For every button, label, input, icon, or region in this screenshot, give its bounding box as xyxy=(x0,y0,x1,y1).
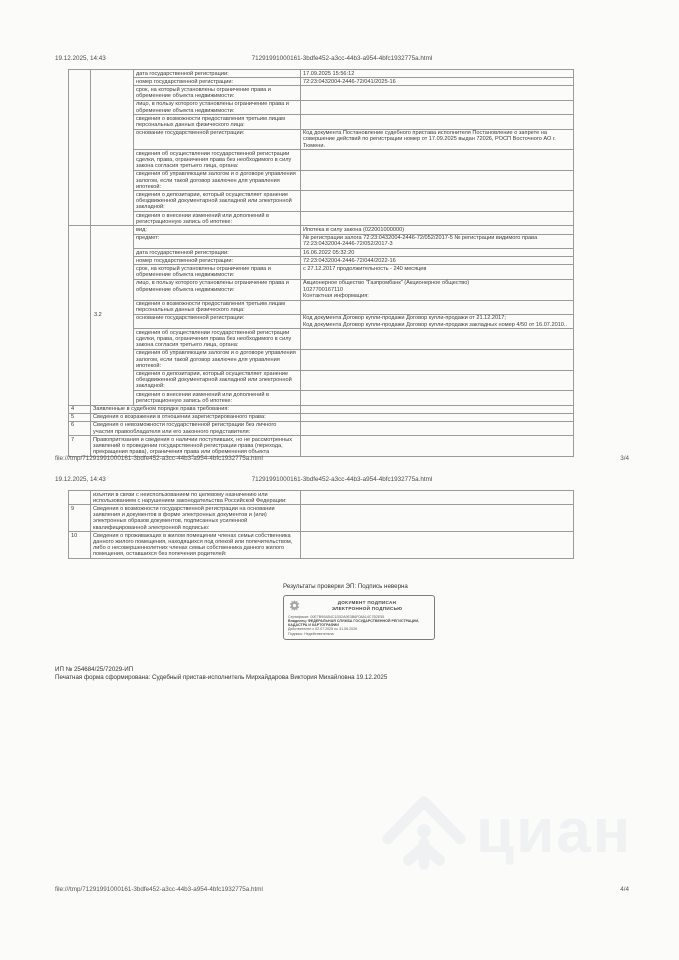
table-row: срок, на который установлены ограничение… xyxy=(134,86,573,100)
row-label-cell: сведения о депозитарии, который осуществ… xyxy=(134,191,301,211)
section-3-1-continuation: дата государственной регистрации: 17.09.… xyxy=(69,70,573,226)
row-label-cell: Сведения о невозможности государственной… xyxy=(91,422,301,435)
row-value-cell: 17.09.2025 15:56:12 xyxy=(301,70,573,77)
row-value-cell xyxy=(301,391,573,404)
coat-of-arms-icon xyxy=(288,599,301,612)
row-label-cell: Сведения о проживающих в жилом помещении… xyxy=(91,532,301,558)
row-value-cell xyxy=(301,532,573,558)
row-label-cell: лицо, в пользу которого установлены огра… xyxy=(134,101,301,114)
row-value-cell: 72:23:0432004-2446-72/044/2022-16 xyxy=(301,257,573,264)
row-number-cell: 4 xyxy=(69,406,91,413)
table-row: дата государственной регистрации: 16.06.… xyxy=(134,249,573,257)
row-value-cell xyxy=(301,436,573,457)
row-label-cell: основание государственной регистрации: xyxy=(134,315,301,328)
section-rows: дата государственной регистрации: 17.09.… xyxy=(134,70,573,225)
table-row: предмет: № регистрации залога 72:23:0432… xyxy=(134,235,573,249)
footer-page-number: 3/4 xyxy=(620,455,629,463)
numbered-rows: изъятии в связи с неиспользованием по це… xyxy=(69,491,573,558)
cian-logo-icon xyxy=(380,788,468,876)
page-3: 19.12.2025, 14:43 71291991000161-3bdfe45… xyxy=(55,55,629,473)
row-label-cell: вид: xyxy=(134,226,301,233)
row-number-cell: 10 xyxy=(69,532,91,558)
row-value-cell: 16.06.2022 05:32:20 xyxy=(301,249,573,256)
row-value-cell xyxy=(301,350,573,370)
registration-table-continued: изъятии в связи с неиспользованием по це… xyxy=(68,490,574,559)
footer-file-url: file:///tmp/71291991000161-3bdfe452-a3cc… xyxy=(55,455,263,463)
header-filename: 71291991000161-3bdfe452-a3cc-44b3-a954-4… xyxy=(185,55,499,63)
row-label-cell: лицо, в пользу которого установлены огра… xyxy=(134,280,301,300)
table-row: основание государственной регистрации: К… xyxy=(134,130,573,151)
row-label-cell: изъятии в связи с неиспользованием по це… xyxy=(91,491,301,504)
table-row: 7 Правопритязания и сведения о наличии п… xyxy=(69,436,573,457)
row-value-cell xyxy=(301,491,573,504)
table-row: 9 Сведения о возможности государственной… xyxy=(69,505,573,532)
print-form-info: ИП № 254684/25/72029-ИП Печатная форма с… xyxy=(55,666,629,682)
row-label-cell: сведения о депозитарии, который осуществ… xyxy=(134,371,301,391)
page-footer: file:///tmp/71291991000161-3bdfe452-a3cc… xyxy=(55,455,629,463)
section-number-cell xyxy=(91,70,134,225)
row-value-cell xyxy=(301,371,573,391)
registration-table: дата государственной регистрации: 17.09.… xyxy=(68,69,574,457)
table-row: сведения об управляющем залогом и о дого… xyxy=(134,350,573,371)
row-label-cell: номер государственной регистрации: xyxy=(134,257,301,264)
page-footer: file:///tmp/71291991000161-3bdfe452-a3cc… xyxy=(55,886,629,894)
watermark-text: циан xyxy=(476,797,632,867)
row-label-cell: номер государственной регистрации: xyxy=(134,78,301,85)
page-header: 19.12.2025, 14:43 71291991000161-3bdfe45… xyxy=(55,476,629,484)
table-row: сведения об осуществлении государственно… xyxy=(134,150,573,171)
row-label-cell: срок, на который установлены ограничение… xyxy=(134,265,301,278)
row-value-cell: с 27.12.2017 продолжительность - 240 мес… xyxy=(301,265,573,278)
stamp-signature-status: Подпись: Недействительна xyxy=(288,632,430,636)
signature-verification-result: Результаты проверки ЭП: Подпись неверна xyxy=(283,583,453,591)
row-number-cell: 9 xyxy=(69,505,91,531)
footer-page-number: 4/4 xyxy=(620,886,629,894)
table-row: сведения о возможности предоставления тр… xyxy=(134,115,573,129)
row-label-cell: сведения об осуществлении государственно… xyxy=(134,150,301,170)
table-row: номер государственной регистрации: 72:23… xyxy=(134,78,573,86)
header-datetime: 19.12.2025, 14:43 xyxy=(55,476,185,484)
table-row: вид: Ипотека в силу закона (022001000000… xyxy=(134,226,573,234)
row-label-cell: сведения о внесении изменений или дополн… xyxy=(134,212,301,225)
cian-watermark: циан xyxy=(380,788,632,876)
signature-stamp: ДОКУМЕНТ ПОДПИСАН ЭЛЕКТРОННОЙ ПОДПИСЬЮ С… xyxy=(283,595,435,640)
row-value-cell xyxy=(301,414,573,421)
stamp-title-line2: ЭЛЕКТРОННОЙ ПОДПИСЬЮ xyxy=(332,606,403,611)
table-row: номер государственной регистрации: 72:23… xyxy=(134,257,573,265)
numbered-rows: 4 Заявленные в судебном порядке права тр… xyxy=(69,406,573,457)
row-value-cell xyxy=(301,329,573,349)
section-number-cell: 3.2 xyxy=(91,226,134,404)
row-value-cell: 72:23:0432004-2446-72/041/2025-16 xyxy=(301,78,573,85)
table-row: лицо, в пользу которого установлены огра… xyxy=(134,280,573,301)
signature-block: Результаты проверки ЭП: Подпись неверна … xyxy=(283,583,453,640)
document-page: 19.12.2025, 14:43 71291991000161-3bdfe45… xyxy=(0,0,679,960)
table-row: сведения об управляющем залогом и о дого… xyxy=(134,171,573,192)
row-value-cell xyxy=(301,422,573,435)
row-value-cell xyxy=(301,171,573,191)
page-4: 19.12.2025, 14:43 71291991000161-3bdfe45… xyxy=(55,476,629,960)
row-value-cell xyxy=(301,406,573,413)
row-label-cell: основание государственной регистрации: xyxy=(134,130,301,150)
table-row: сведения о возможности предоставления тр… xyxy=(134,301,573,315)
row-number-cell: 5 xyxy=(69,414,91,421)
table-row: сведения о депозитарии, который осуществ… xyxy=(134,371,573,392)
stamp-details: Сертификат: 00E7B90AB4C1D52A9E3B6F08A14C… xyxy=(288,615,430,636)
stamp-owner: Владелец: ФЕДЕРАЛЬНАЯ СЛУЖБА ГОСУДАРСТВЕ… xyxy=(288,619,430,628)
page-header: 19.12.2025, 14:43 71291991000161-3bdfe45… xyxy=(55,55,629,63)
row-value-cell: Код документа Постановление судебного пр… xyxy=(301,130,573,150)
table-row: 6 Сведения о невозможности государственн… xyxy=(69,422,573,436)
section-rows: вид: Ипотека в силу закона (022001000000… xyxy=(134,226,573,404)
enforcement-number: ИП № 254684/25/72029-ИП xyxy=(55,666,629,674)
row-label-cell: сведения о возможности предоставления тр… xyxy=(134,115,301,128)
row-number-cell: 6 xyxy=(69,422,91,435)
row-label-cell: сведения об осуществлении государственно… xyxy=(134,329,301,349)
table-row: сведения о внесении изменений или дополн… xyxy=(134,391,573,404)
row-number-cell xyxy=(69,491,91,504)
row-label-cell: дата государственной регистрации: xyxy=(134,249,301,256)
row-value-cell xyxy=(301,301,573,314)
row-label-cell: дата государственной регистрации: xyxy=(134,70,301,77)
stamp-title-line1: ДОКУМЕНТ ПОДПИСАН xyxy=(338,600,397,605)
header-datetime: 19.12.2025, 14:43 xyxy=(55,55,185,63)
table-row: изъятии в связи с неиспользованием по це… xyxy=(69,491,573,505)
row-label-cell: Сведения о возможности государственной р… xyxy=(91,505,301,531)
table-row: сведения о депозитарии, который осуществ… xyxy=(134,191,573,212)
row-value-cell: Акционерное общество "Газпромбанк" (Акци… xyxy=(301,280,573,300)
row-label-cell: срок, на который установлены ограничение… xyxy=(134,86,301,99)
table-row: лицо, в пользу которого установлены огра… xyxy=(134,101,573,115)
row-label-cell: сведения об управляющем залогом и о дого… xyxy=(134,171,301,191)
row-label-cell: Правопритязания и сведения о наличии пос… xyxy=(91,436,301,457)
table-row: сведения о внесении изменений или дополн… xyxy=(134,212,573,225)
row-label-cell: предмет: xyxy=(134,235,301,248)
header-spacer xyxy=(499,476,629,484)
row-number-cell: 7 xyxy=(69,436,91,457)
table-row: сведения об осуществлении государственно… xyxy=(134,329,573,350)
header-filename: 71291991000161-3bdfe452-a3cc-44b3-a954-4… xyxy=(185,476,499,484)
row-label-cell: сведения о возможности предоставления тр… xyxy=(134,301,301,314)
row-label-cell: сведения об управляющем залогом и о дого… xyxy=(134,350,301,370)
row-value-cell xyxy=(301,191,573,211)
stamp-title: ДОКУМЕНТ ПОДПИСАН ЭЛЕКТРОННОЙ ПОДПИСЬЮ xyxy=(304,600,430,611)
section-3-2: 3.2 вид: Ипотека в силу закона (02200100… xyxy=(69,226,573,405)
row-label-cell: Сведения о возражении в отношении зареги… xyxy=(91,414,301,421)
table-row: основание государственной регистрации: К… xyxy=(134,315,573,329)
row-value-cell: № регистрации залога 72:23:0432004-2446-… xyxy=(301,235,573,248)
row-value-cell xyxy=(301,86,573,99)
table-row: дата государственной регистрации: 17.09.… xyxy=(134,70,573,78)
formed-by-line: Печатная форма сформирована: Судебный пр… xyxy=(55,674,629,682)
row-value-cell xyxy=(301,101,573,114)
row-value-cell: Ипотека в силу закона (022001000000) xyxy=(301,226,573,233)
row-label-cell: сведения о внесении изменений или дополн… xyxy=(134,391,301,404)
table-row: срок, на который установлены ограничение… xyxy=(134,265,573,279)
row-value-cell xyxy=(301,150,573,170)
row-value-cell xyxy=(301,212,573,225)
outer-number-cell xyxy=(69,226,91,404)
outer-number-cell xyxy=(69,70,91,225)
row-value-cell xyxy=(301,505,573,531)
row-value-cell xyxy=(301,115,573,128)
table-row: 4 Заявленные в судебном порядке права тр… xyxy=(69,406,573,414)
stamp-header: ДОКУМЕНТ ПОДПИСАН ЭЛЕКТРОННОЙ ПОДПИСЬЮ xyxy=(288,599,430,612)
row-value-cell: Код документа Договор купли-продажи Дого… xyxy=(301,315,573,328)
table-row: 10 Сведения о проживающих в жилом помеще… xyxy=(69,532,573,558)
table-row: 5 Сведения о возражении в отношении заре… xyxy=(69,414,573,422)
footer-file-url: file:///tmp/71291991000161-3bdfe452-a3cc… xyxy=(55,886,263,894)
header-spacer xyxy=(499,55,629,63)
row-label-cell: Заявленные в судебном порядке права треб… xyxy=(91,406,301,413)
